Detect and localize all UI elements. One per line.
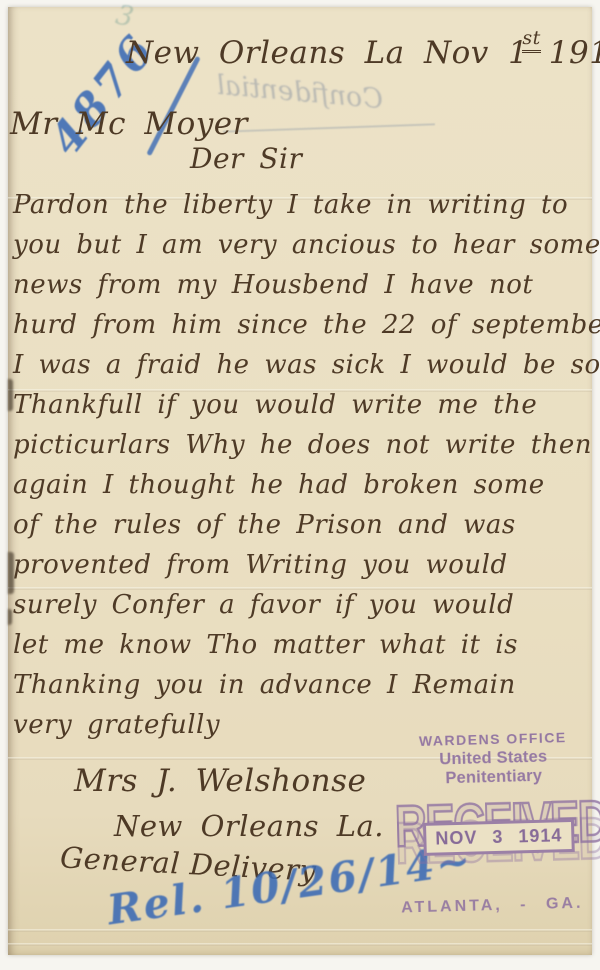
letter-line: surely Confer a favor if you would xyxy=(13,585,586,625)
fold-crease xyxy=(8,929,592,932)
letter-line: of the rules of the Prison and was xyxy=(13,505,586,545)
recipient-line: Mr Mc Moyer xyxy=(10,106,248,142)
dateline: New Orleans La Nov 1st1914. xyxy=(126,35,600,72)
letter-line: hurd from him since the 22 of september xyxy=(13,305,586,345)
stamp-date-box: NOV 3 1914 xyxy=(423,819,575,856)
stamp-institution-line: United States Penitentiary xyxy=(391,746,596,789)
letter-line: Thanking you in advance I Remain xyxy=(13,665,586,705)
letter-paper: 3 Confidential 4876 New Orleans La Nov 1… xyxy=(8,7,592,955)
stamp-received-block: RECEIVED RECEIVED NOV 3 1914 xyxy=(392,788,599,897)
letter-line: provented from Writing you would xyxy=(13,545,586,585)
letter-line: news from my Housbend I have not xyxy=(13,265,586,305)
letter-line: let me know Tho matter what it is xyxy=(13,625,586,665)
letter-body: Pardon the liberty I take in writing to … xyxy=(13,185,586,745)
dateline-text: New Orleans La Nov 1 xyxy=(126,35,528,71)
scanned-letter-page: { "annotations": { "catalog_number": "48… xyxy=(0,0,600,970)
bleed-through-underline xyxy=(223,123,435,132)
signature-name: Mrs J. Welshonse xyxy=(74,763,366,799)
scan-edge-smudge xyxy=(8,609,12,625)
fold-crease xyxy=(8,943,592,946)
salutation-line: Der Sir xyxy=(190,142,302,175)
letter-line: you but I am very ancious to hear some xyxy=(13,225,586,265)
letter-line: picticurlars Why he does not write then xyxy=(13,425,586,465)
letter-line: again I thought he had broken some xyxy=(13,465,586,505)
letter-line: Pardon the liberty I take in writing to xyxy=(13,185,586,225)
dateline-year: 1914. xyxy=(549,35,600,71)
signature-city: New Orleans La. xyxy=(114,809,384,843)
letter-line: Thankfull if you would write me the xyxy=(13,385,586,425)
dateline-superscript: st xyxy=(522,27,540,53)
received-stamp: WARDENS OFFICE United States Penitentiar… xyxy=(391,728,600,917)
letter-line: I was a fraid he was sick I would be so xyxy=(13,345,586,385)
stamp-location-line: ATLANTA, - GA. xyxy=(395,894,599,917)
